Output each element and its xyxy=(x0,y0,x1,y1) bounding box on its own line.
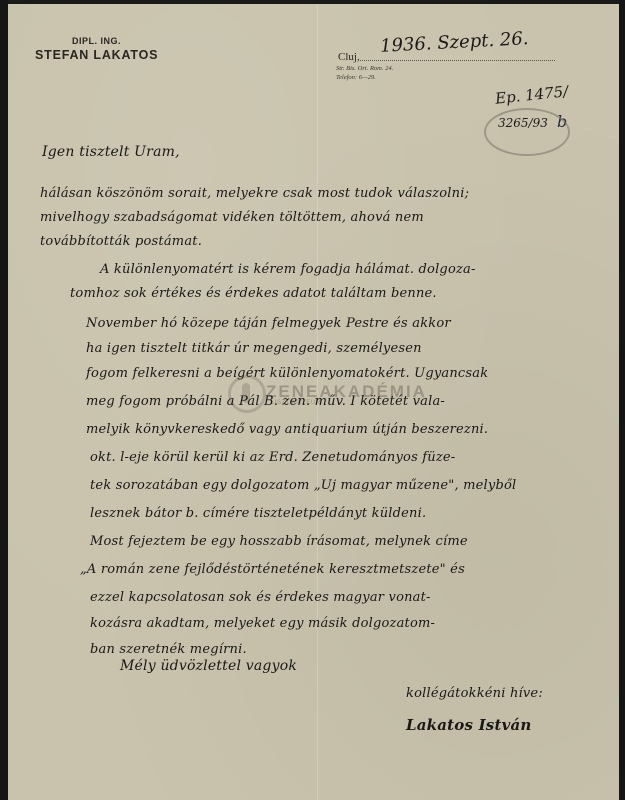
letter-page: DIPL. ING. STEFAN LAKATOS 1936. Szept. 2… xyxy=(8,4,619,800)
date-dotted-line xyxy=(360,59,555,61)
letterhead-name: STEFAN LAKATOS xyxy=(35,48,158,62)
letterhead-place: Cluj, xyxy=(338,51,360,63)
letter-line: okt. l-eje körül kerül ki az Erd. Zenetu… xyxy=(90,450,455,465)
letter-line: tek sorozatában egy dolgozatom „Uj magya… xyxy=(90,478,516,493)
signature: Lakatos István xyxy=(406,716,532,734)
salutation: Igen tisztelt Uram, xyxy=(42,144,180,160)
closing: Mély üdvözlettel vagyok xyxy=(120,658,297,674)
letter-line: ban szeretnék megírni. xyxy=(90,642,247,657)
letter-line: mivelhogy szabadságomat vidéken töltötte… xyxy=(40,210,424,225)
letter-line: fogom felkeresni a beígért különlenyomat… xyxy=(86,366,488,381)
letter-line: hálásan köszönöm sorait, melyekre csak m… xyxy=(40,186,469,201)
letter-line: A különlenyomatért is kérem fogadja hálá… xyxy=(100,262,476,277)
letterhead-address: Str. Bis. Ort. Rom. 24. xyxy=(336,64,393,73)
letter-line: „A román zene fejlődéstörténetének keres… xyxy=(80,562,465,577)
letter-line: Most fejeztem be egy hosszabb írásomat, … xyxy=(90,534,468,549)
letter-line: ezzel kapcsolatosan sok és érdekes magya… xyxy=(90,590,431,605)
letterhead-degree: DIPL. ING. xyxy=(72,36,121,46)
letter-line: lesznek bátor b. címére tiszteletpéldány… xyxy=(90,506,426,521)
letter-line: továbbították postámat. xyxy=(40,234,202,249)
letter-line: November hó közepe táján felmegyek Pestr… xyxy=(86,316,451,331)
letter-line: kozásra akadtam, melyeket egy másik dolg… xyxy=(90,616,435,631)
letter-line: tomhoz sok értékes és érdekes adatot tal… xyxy=(70,286,437,301)
letter-line: melyik könyvkereskedő vagy antiquarium ú… xyxy=(86,422,488,437)
letter-date: 1936. Szept. 26. xyxy=(380,28,529,57)
scan-border-right xyxy=(619,0,625,800)
letter-line: ha igen tisztelt titkár úr megengedi, sz… xyxy=(86,341,422,356)
letterhead-address-block: Str. Bis. Ort. Rom. 24. Telefon: 6—29. xyxy=(336,64,393,82)
letter-line: meg fogom próbálni a Pál B. zen. műv. I … xyxy=(86,394,445,409)
letterhead-phone: Telefon: 6—29. xyxy=(336,73,393,82)
archive-number: Ep. 1475/ xyxy=(494,82,569,108)
valediction: kollégátokkéni híve: xyxy=(406,686,543,701)
archive-stamp-number: 3265/93 xyxy=(498,116,548,130)
scan-border-left xyxy=(0,0,8,800)
